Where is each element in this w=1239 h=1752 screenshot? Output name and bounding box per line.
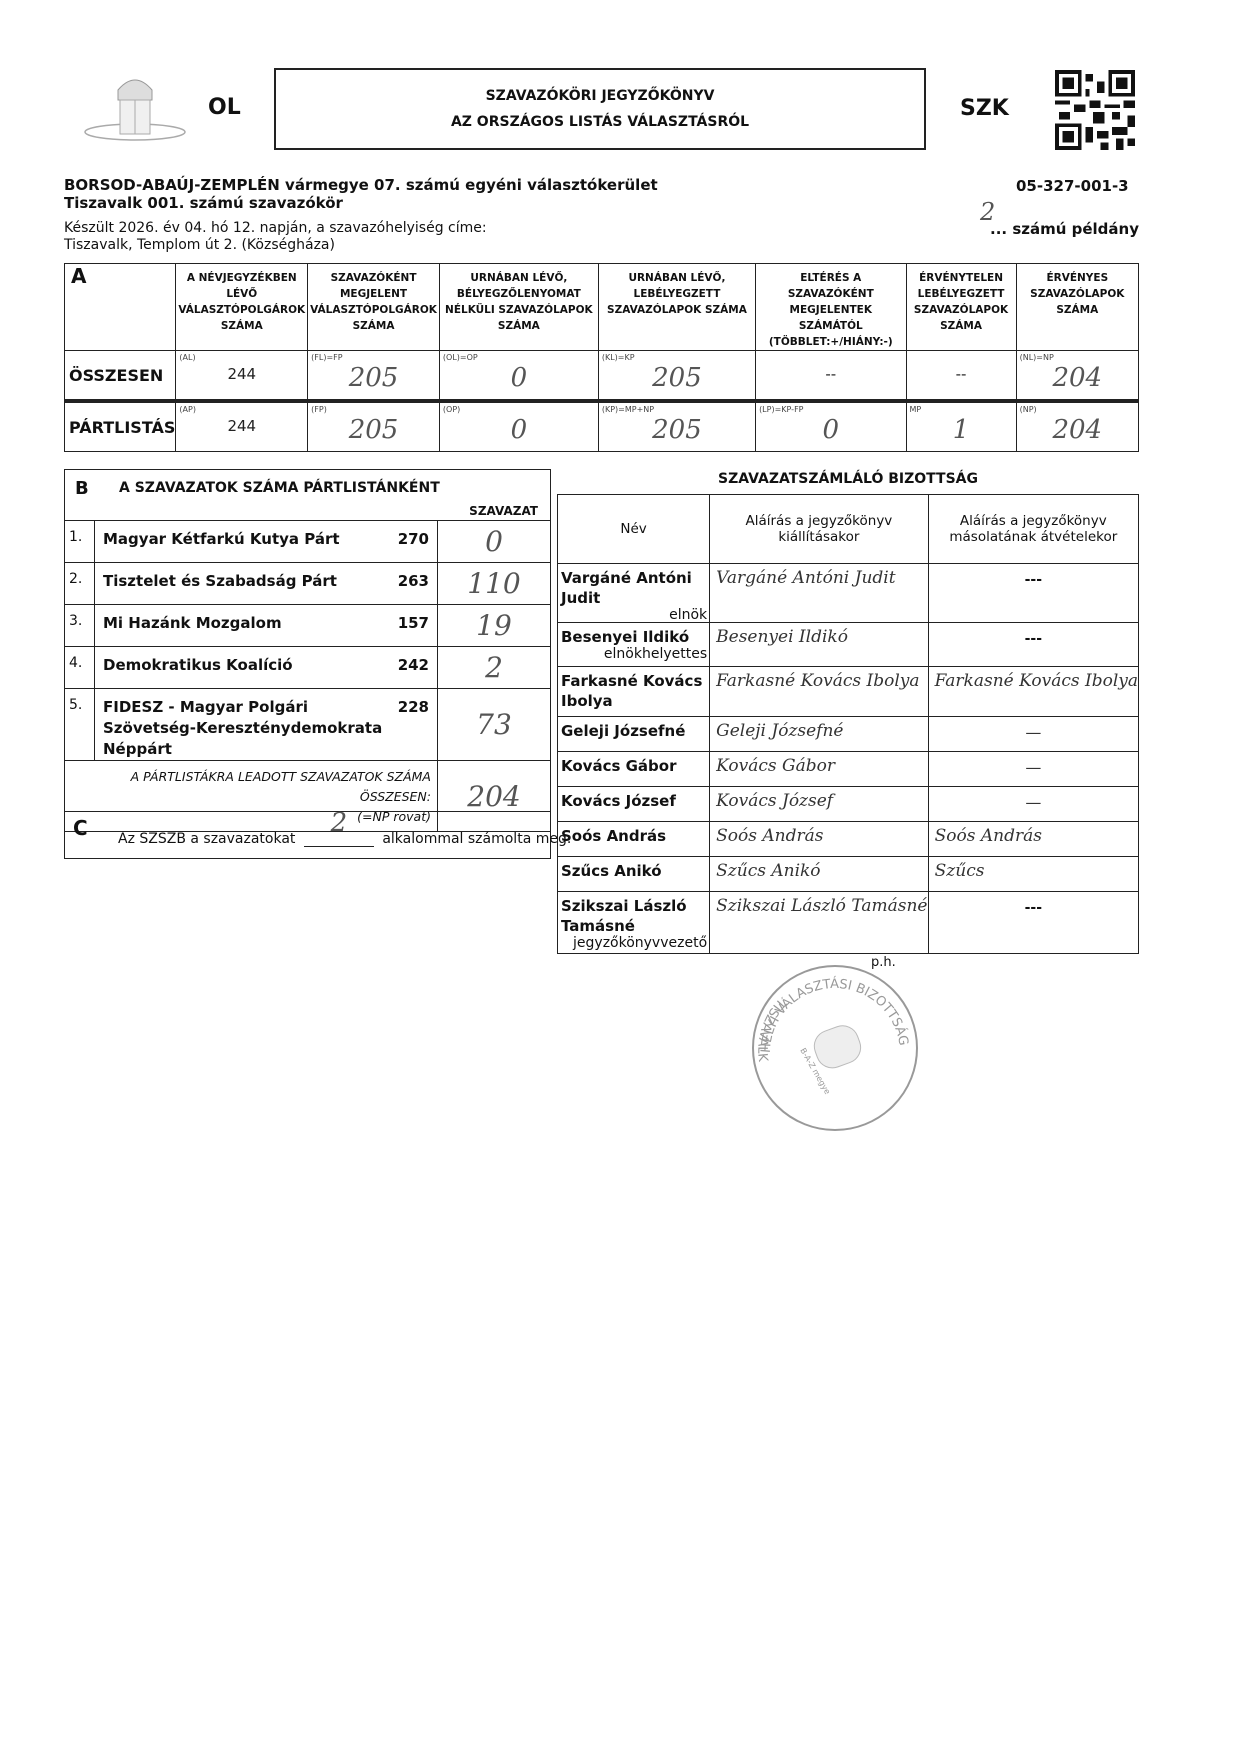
committee-title: SZAVAZATSZÁMLÁLÓ BIZOTTSÁG: [718, 471, 978, 487]
cell-kl[interactable]: (KL)=KP205: [598, 351, 755, 402]
vote-column-header: SZAVAZAT: [469, 504, 538, 518]
row-label: PÁRTLISTÁS: [65, 401, 176, 452]
address-line: Tiszavalk, Templom út 2. (Községháza): [64, 237, 487, 254]
cell-op[interactable]: (OP)0: [439, 401, 598, 452]
document-title-line1: SZAVAZÓKÖRI JEGYZŐKÖNYV: [276, 88, 924, 104]
committee-member-row: Farkasné Kovács IbolyaFarkasné Kovács Ib…: [558, 667, 1139, 717]
party-number: 5.: [65, 689, 95, 761]
member-name: Farkasné Kovács Ibolya: [558, 667, 710, 717]
party-row: 5. 228FIDESZ - Magyar Polgári Szövetség-…: [65, 689, 551, 761]
stamp-place-label: p.h.: [871, 955, 896, 970]
committee-member-row: Kovács GáborKovács Gábor—: [558, 752, 1139, 787]
col-header: A NÉVJEGYZÉKBEN LÉVŐ VÁLASZTÓPOLGÁROK SZ…: [176, 264, 308, 351]
signature-copy[interactable]: —: [928, 752, 1138, 787]
party-name: 242Demokratikus Koalíció: [95, 647, 438, 689]
col-header: ELTÉRÉS A SZAVAZÓKÉNT MEGJELENTEK SZÁMÁT…: [756, 264, 906, 351]
count-field[interactable]: 2: [304, 830, 374, 847]
committee-member-row: Kovács JózsefKovács József—: [558, 787, 1139, 822]
party-name: 157Mi Hazánk Mozgalom: [95, 605, 438, 647]
member-role: elnökhelyettes: [561, 647, 707, 661]
document-id: 05-327-001-3: [1016, 177, 1129, 195]
section-b-header: B A SZAVAZATOK SZÁMA PÁRTLISTÁNKÉNT SZAV…: [65, 470, 551, 521]
signature-issue[interactable]: Geleji Józsefné: [710, 717, 929, 752]
signature-copy[interactable]: ---: [928, 564, 1138, 623]
committee-member-row: Szűcs AnikóSzűcs AnikóSzűcs: [558, 857, 1139, 892]
party-votes[interactable]: 73: [438, 689, 551, 761]
col-name-header: Név: [558, 495, 710, 564]
col-sig2-header: Aláírás a jegyzőkönyv másolatának átvéte…: [928, 495, 1138, 564]
signature-issue[interactable]: Szikszai László Tamásné: [710, 892, 929, 954]
creation-date-line: Készült 2026. év 04. hó 12. napján, a sz…: [64, 220, 487, 237]
member-name: Geleji Józsefné: [558, 717, 710, 752]
signature-issue[interactable]: Farkasné Kovács Ibolya: [710, 667, 929, 717]
signature-copy[interactable]: ---: [928, 892, 1138, 954]
party-number: 1.: [65, 521, 95, 563]
cell-nl[interactable]: (NL)=NP204: [1016, 351, 1138, 402]
official-stamp: HELYI VÁLASZTÁSI BIZOTTSÁG TISZAVALK B-A…: [740, 958, 930, 1138]
section-b-table: B A SZAVAZATOK SZÁMA PÁRTLISTÁNKÉNT SZAV…: [64, 469, 551, 832]
col-header: ÉRVÉNYTELEN LEBÉLYEGZETT SZAVAZÓLAPOK SZ…: [906, 264, 1016, 351]
committee-member-row: Besenyei IldikóelnökhelyettesBesenyei Il…: [558, 623, 1139, 667]
col-header: URNÁBAN LÉVŐ, BÉLYEGZŐLENYOMAT NÉLKÜLI S…: [439, 264, 598, 351]
district-line: BORSOD-ABAÚJ-ZEMPLÉN vármegye 07. számú …: [64, 176, 658, 194]
committee-member-row: Szikszai László Tamásnéjegyzőkönyvvezető…: [558, 892, 1139, 954]
party-votes[interactable]: 2: [438, 647, 551, 689]
committee-table: Név Aláírás a jegyzőkönyv kiállításakor …: [557, 494, 1139, 954]
party-number: 4.: [65, 647, 95, 689]
district-info: BORSOD-ABAÚJ-ZEMPLÉN vármegye 07. számú …: [64, 176, 658, 212]
signature-copy[interactable]: —: [928, 787, 1138, 822]
section-b-title: A SZAVAZATOK SZÁMA PÁRTLISTÁNKÉNT: [119, 480, 440, 496]
party-votes[interactable]: 0: [438, 521, 551, 563]
signature-issue[interactable]: Kovács Gábor: [710, 752, 929, 787]
section-c-letter: C: [73, 816, 88, 840]
signature-issue[interactable]: Soós András: [710, 822, 929, 857]
section-c-text: Az SZSZB a szavazatokat 2 alkalommal szá…: [118, 830, 571, 847]
form-code-right: SZK: [960, 96, 1009, 121]
section-a-table: A A NÉVJEGYZÉKBEN LÉVŐ VÁLASZTÓPOLGÁROK …: [64, 263, 1139, 452]
committee-member-row: Geleji JózsefnéGeleji Józsefné—: [558, 717, 1139, 752]
cell-kp[interactable]: (KP)=MP+NP205: [598, 401, 755, 452]
party-name: 228FIDESZ - Magyar Polgári Szövetség-Ker…: [95, 689, 438, 761]
form-code-left: OL: [208, 95, 241, 120]
polling-station-line: Tiszavalk 001. számú szavazókör: [64, 194, 658, 212]
cell-lp[interactable]: (LP)=KP-FP0: [756, 401, 906, 452]
member-name: Szikszai László Tamásnéjegyzőkönyvvezető: [558, 892, 710, 954]
signature-issue[interactable]: Besenyei Ildikó: [710, 623, 929, 667]
member-name: Soós András: [558, 822, 710, 857]
signature-copy[interactable]: —: [928, 717, 1138, 752]
cell-ol[interactable]: (OL)=OP0: [439, 351, 598, 402]
section-b-letter: B: [75, 478, 89, 499]
signature-copy[interactable]: Farkasné Kovács Ibolya: [928, 667, 1138, 717]
signature-issue[interactable]: Vargáné Antóni Judit: [710, 564, 929, 623]
party-row: 3. 157Mi Hazánk Mozgalom 19: [65, 605, 551, 647]
party-row: 4. 242Demokratikus Koalíció 2: [65, 647, 551, 689]
party-name: 270Magyar Kétfarkú Kutya Párt: [95, 521, 438, 563]
member-name: Vargáné Antóni Juditelnök: [558, 564, 710, 623]
col-header: URNÁBAN LÉVŐ, LEBÉLYEGZETT SZAVAZÓLAPOK …: [598, 264, 755, 351]
party-votes[interactable]: 110: [438, 563, 551, 605]
party-number: 2.: [65, 563, 95, 605]
col-sig1-header: Aláírás a jegyzőkönyv kiállításakor: [710, 495, 929, 564]
document-title-line2: AZ ORSZÁGOS LISTÁS VÁLASZTÁSRÓL: [276, 114, 924, 130]
member-name: Kovács Gábor: [558, 752, 710, 787]
cell-fp[interactable]: (FP)205: [308, 401, 440, 452]
row-label: ÖSSZESEN: [65, 351, 176, 402]
copy-number: 2 ... számú példány: [990, 220, 1139, 238]
party-row: 2. 263Tisztelet és Szabadság Párt 110: [65, 563, 551, 605]
cell-ap[interactable]: (AP)244: [176, 401, 308, 452]
cell-invalid[interactable]: --: [906, 351, 1016, 402]
signature-issue[interactable]: Szűcs Anikó: [710, 857, 929, 892]
coat-of-arms-icon: [80, 70, 190, 150]
row-total: ÖSSZESEN (AL)244 (FL)=FP205 (OL)=OP0 (KL…: [65, 351, 1139, 402]
party-votes[interactable]: 19: [438, 605, 551, 647]
member-role: elnök: [561, 608, 707, 622]
member-name: Szűcs Anikó: [558, 857, 710, 892]
party-number: 3.: [65, 605, 95, 647]
copy-label: ... számú példány: [990, 220, 1139, 238]
committee-member-row: Soós AndrásSoós AndrásSoós András: [558, 822, 1139, 857]
party-name: 263Tisztelet és Szabadság Párt: [95, 563, 438, 605]
copy-number-handwritten: 2: [980, 198, 995, 226]
member-name: Kovács József: [558, 787, 710, 822]
section-c-box: C Az SZSZB a szavazatokat 2 alkalommal s…: [64, 811, 551, 859]
col-header: SZAVAZÓKÉNT MEGJELENT VÁLASZTÓPOLGÁROK S…: [308, 264, 440, 351]
signature-copy[interactable]: Soós András: [928, 822, 1138, 857]
member-role: jegyzőkönyvvezető: [561, 936, 707, 950]
cell-mp[interactable]: MP1: [906, 401, 1016, 452]
document-title-box: SZAVAZÓKÖRI JEGYZŐKÖNYV AZ ORSZÁGOS LIST…: [274, 68, 926, 150]
qr-code-icon: [1055, 70, 1135, 150]
cell-diff[interactable]: --: [756, 351, 906, 402]
member-name: Besenyei Ildikóelnökhelyettes: [558, 623, 710, 667]
col-header: ÉRVÉNYES SZAVAZÓLAPOK SZÁMA: [1016, 264, 1138, 351]
row-party-list: PÁRTLISTÁS (AP)244 (FP)205 (OP)0 (KP)=MP…: [65, 401, 1139, 452]
signature-copy[interactable]: ---: [928, 623, 1138, 667]
committee-member-row: Vargáné Antóni JuditelnökVargáné Antóni …: [558, 564, 1139, 623]
signature-copy[interactable]: Szűcs: [928, 857, 1138, 892]
cell-fl[interactable]: (FL)=FP205: [308, 351, 440, 402]
signature-issue[interactable]: Kovács József: [710, 787, 929, 822]
party-row: 1. 270Magyar Kétfarkú Kutya Párt 0: [65, 521, 551, 563]
cell-np[interactable]: (NP)204: [1016, 401, 1138, 452]
cell-al[interactable]: (AL)244: [176, 351, 308, 402]
section-a-letter: A: [65, 264, 176, 351]
creation-info: Készült 2026. év 04. hó 12. napján, a sz…: [64, 220, 487, 254]
